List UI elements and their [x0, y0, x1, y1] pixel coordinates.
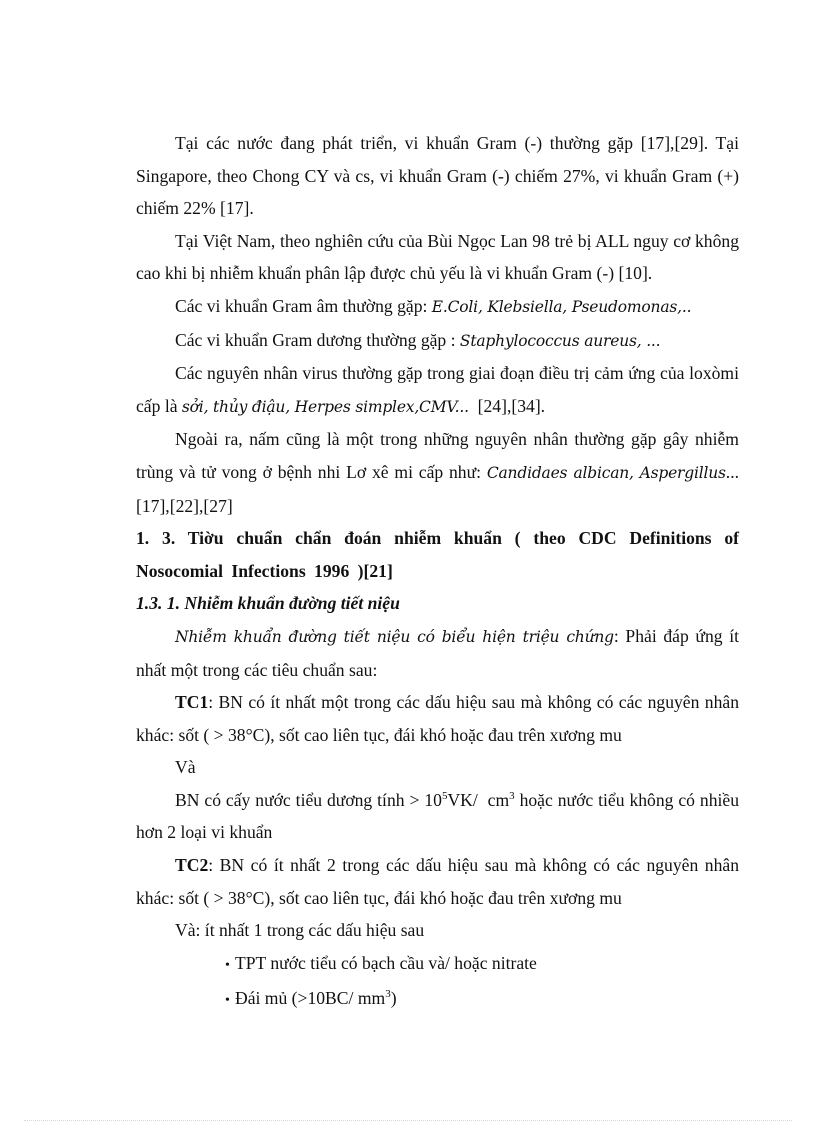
fungal-species-2: Aspergillus — [640, 464, 726, 482]
section-heading-1-3: 1. 3. Tiờu chuẩn chẩn đoán nhiễm khuẩn (… — [136, 522, 739, 587]
paragraph-and-1: Và — [136, 751, 739, 784]
culture-pre: BN có cấy nước tiểu dương tính > 10 — [175, 790, 442, 810]
virus-refs: [24],[34]. — [469, 396, 545, 416]
gram-positive-species: Staphylococcus aureus, ... — [460, 332, 660, 350]
page-bottom-border — [24, 1120, 792, 1121]
tc2-label: TC2 — [175, 855, 208, 875]
virus-list: sởi, thủy điậu, Herpes simplex,CMV... — [182, 398, 469, 416]
paragraph-and-2: Và: ít nhất 1 trong các dấu hiệu sau — [136, 914, 739, 947]
tc1-text: : BN có ít nhất một trong các dấu hiệu s… — [136, 692, 739, 745]
gram-positive-lead: Các vi khuẩn Gram dương thường gặp : — [175, 330, 460, 350]
paragraph-fungal-causes: Ngoài ra, nấm cũng là một trong những ng… — [136, 423, 739, 522]
section-heading-1-3-1: 1.3. 1. Nhiễm khuẩn đường tiết niệu — [136, 587, 739, 620]
fungal-species-1: Candidaes albican, — [487, 464, 634, 482]
bullet-item-1: •TPT nước tiểu có bạch cầu và/ hoặc nitr… — [136, 947, 739, 983]
gram-negative-lead: Các vi khuẩn Gram âm thường gặp: — [175, 296, 432, 316]
document-page: Tại các nước đang phát triển, vi khuẩn G… — [0, 0, 816, 1123]
bullet-text: Đái mủ (>10BC/ mm — [235, 988, 385, 1008]
bullet-icon: • — [225, 985, 235, 1018]
paragraph-tc1: TC1: BN có ít nhất một trong các dấu hiệ… — [136, 686, 739, 751]
paragraph-gram-negative-list: Các vi khuẩn Gram âm thường gặp: E.Coli,… — [136, 290, 739, 324]
paragraph-tc2: TC2: BN có ít nhất 2 trong các dấu hiệu … — [136, 849, 739, 914]
paragraph-virus-causes: Các nguyên nhân virus thường gặp trong g… — [136, 357, 739, 423]
uti-intro-italic: Nhiễm khuẩn đường tiết niệu có biểu hiện… — [175, 628, 614, 646]
paragraph-uti-intro: Nhiễm khuẩn đường tiết niệu có biểu hiện… — [136, 620, 739, 686]
bullet-item-2: •Đái mủ (>10BC/ mm3) — [136, 982, 739, 1018]
culture-mid: VK/ cm — [447, 790, 509, 810]
paragraph-vietnam-study: Tại Việt Nam, theo nghiên cứu của Bùi Ng… — [136, 225, 739, 290]
paragraph-gram-positive-list: Các vi khuẩn Gram dương thường gặp : Sta… — [136, 324, 739, 358]
bullet-tail: ) — [391, 988, 397, 1008]
tc1-label: TC1 — [175, 692, 208, 712]
gram-negative-species: E.Coli, Klebsiella, Pseudomonas,.. — [432, 298, 692, 316]
bullet-icon: • — [225, 950, 235, 983]
bullet-text: TPT nước tiểu có bạch cầu và/ hoặc nitra… — [235, 953, 537, 973]
page-body: Tại các nước đang phát triển, vi khuẩn G… — [136, 127, 739, 1018]
tc2-text: : BN có ít nhất 2 trong các dấu hiệu sau… — [136, 855, 739, 908]
paragraph-gram-negative-developing: Tại các nước đang phát triển, vi khuẩn G… — [136, 127, 739, 225]
paragraph-urine-culture: BN có cấy nước tiểu dương tính > 105VK/ … — [136, 784, 739, 849]
